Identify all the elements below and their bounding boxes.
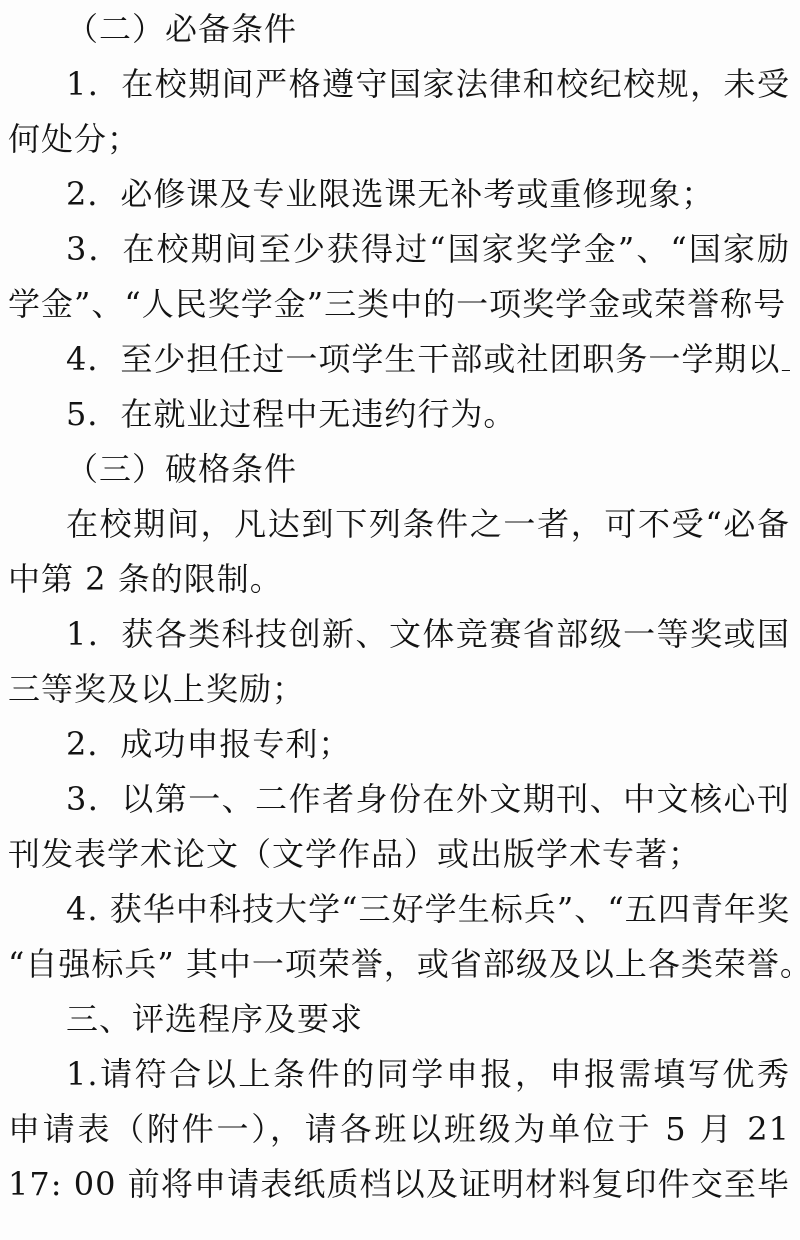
paragraph-line: 中第 2 条的限制。	[8, 552, 790, 607]
paragraph-line: 1．在校期间严格遵守国家法律和校纪校规，未受过任	[8, 57, 790, 112]
paragraph-line: 1.请符合以上条件的同学申报，申报需填写优秀毕业生	[8, 1047, 790, 1102]
paragraph-line: 何处分；	[8, 112, 790, 167]
paragraph-line: 3．在校期间至少获得过“国家奖学金”、“国家励志奖	[8, 222, 790, 277]
paragraph-line: “自强标兵” 其中一项荣誉，或省部级及以上各类荣誉。	[8, 937, 790, 992]
paragraph-line: 5．在就业过程中无违约行为。	[8, 387, 790, 442]
section-heading-selection-procedure: 三、评选程序及要求	[8, 992, 790, 1047]
paragraph-line: 17: 00 前将申请表纸质档以及证明材料复印件交至毕业生助	[8, 1157, 790, 1212]
paragraph-line: 1．获各类科技创新、文体竞赛省部级一等奖或国家级	[8, 607, 790, 662]
paragraph-line: 三等奖及以上奖励；	[8, 662, 790, 717]
paragraph-line: 刊发表学术论文（文学作品）或出版学术专著；	[8, 827, 790, 882]
subsection-heading-exception-conditions: （三）破格条件	[8, 442, 790, 497]
document-page: （二）必备条件 1．在校期间严格遵守国家法律和校纪校规，未受过任 何处分； 2．…	[0, 0, 800, 1240]
paragraph-line: 2．成功申报专利；	[8, 717, 790, 772]
paragraph-line: 4. 获华中科技大学“三好学生标兵”、“五四青年奖章”、	[8, 882, 790, 937]
paragraph-line: 2．必修课及专业限选课无补考或重修现象；	[8, 167, 790, 222]
subsection-heading-required-conditions: （二）必备条件	[8, 2, 790, 57]
paragraph-line: 3．以第一、二作者身份在外文期刊、中文核心刊物正	[8, 772, 790, 827]
paragraph-line: 学金”、“人民奖学金”三类中的一项奖学金或荣誉称号；	[8, 277, 790, 332]
paragraph-line: 4．至少担任过一项学生干部或社团职务一学期以上；	[8, 332, 790, 387]
paragraph-line: 在校期间，凡达到下列条件之一者，可不受“必备条件”	[8, 497, 790, 552]
paragraph-line: 申请表（附件一），请各班以班级为单位于 5 月 21 日下午	[8, 1102, 790, 1157]
